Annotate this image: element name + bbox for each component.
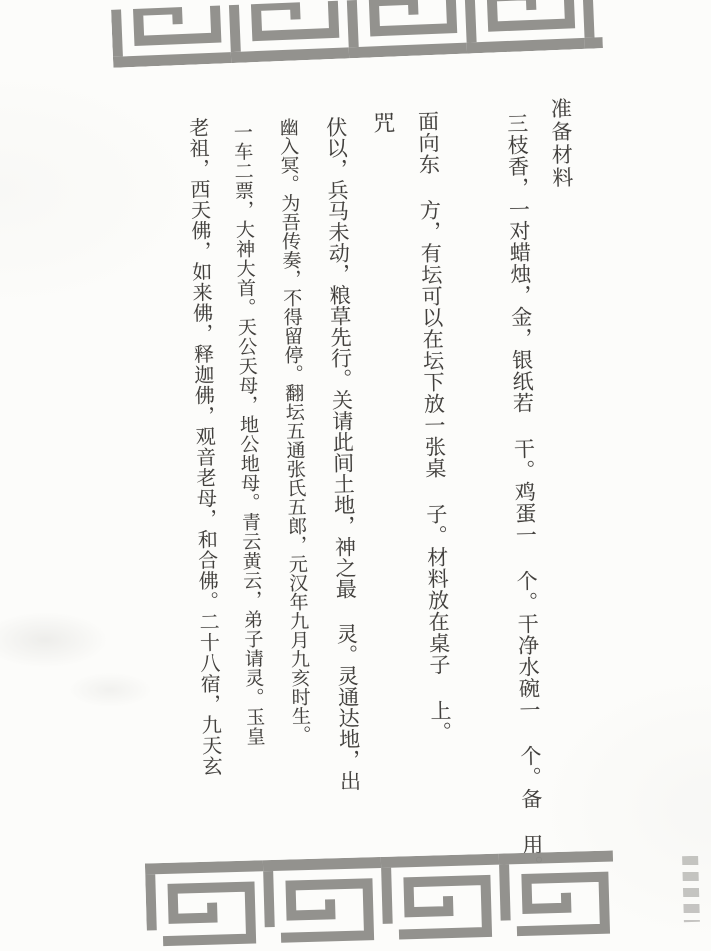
heading-incantation: 咒	[366, 111, 397, 134]
text-block: 准备材料 三枝香，一对蜡烛，金，银纸若 干。鸡蛋一 个。干净水碗一 个。备 用。…	[0, 0, 711, 951]
greek-key-border-bottom	[145, 850, 615, 947]
column-incantation-2: 幽入冥。为吾传奏，不得留停。翻坛五通张氏五郎，元汉年九月九亥时生。	[274, 117, 314, 744]
column-altar-setup: 面向东 方，有坛可以在坛下放一张桌 子。材料放在桌子 上。	[412, 110, 455, 743]
border-fragment	[682, 856, 700, 922]
column-incantation-4: 老祖，西天佛，如来佛，释迦佛，观音老母，和合佛。二十八宿，九天玄	[183, 117, 226, 777]
scanned-page: { "page": { "background": "#fcfcfa", "in…	[0, 0, 711, 951]
greek-key-pattern-bottom	[145, 850, 615, 947]
page-title: 准备材料	[545, 97, 577, 190]
column-materials: 三枝香，一对蜡烛，金，银纸若 干。鸡蛋一 个。干净水碗一 个。备 用。	[501, 112, 547, 877]
column-incantation-1: 伏以，兵马未动，粮草先行。关请此间土地，神之最 灵。灵通达地，出	[320, 116, 364, 791]
column-incantation-3: 一车二票，大神大首。天公天母，地公地母。青云黄云，弟子请灵。玉皇	[229, 122, 269, 746]
